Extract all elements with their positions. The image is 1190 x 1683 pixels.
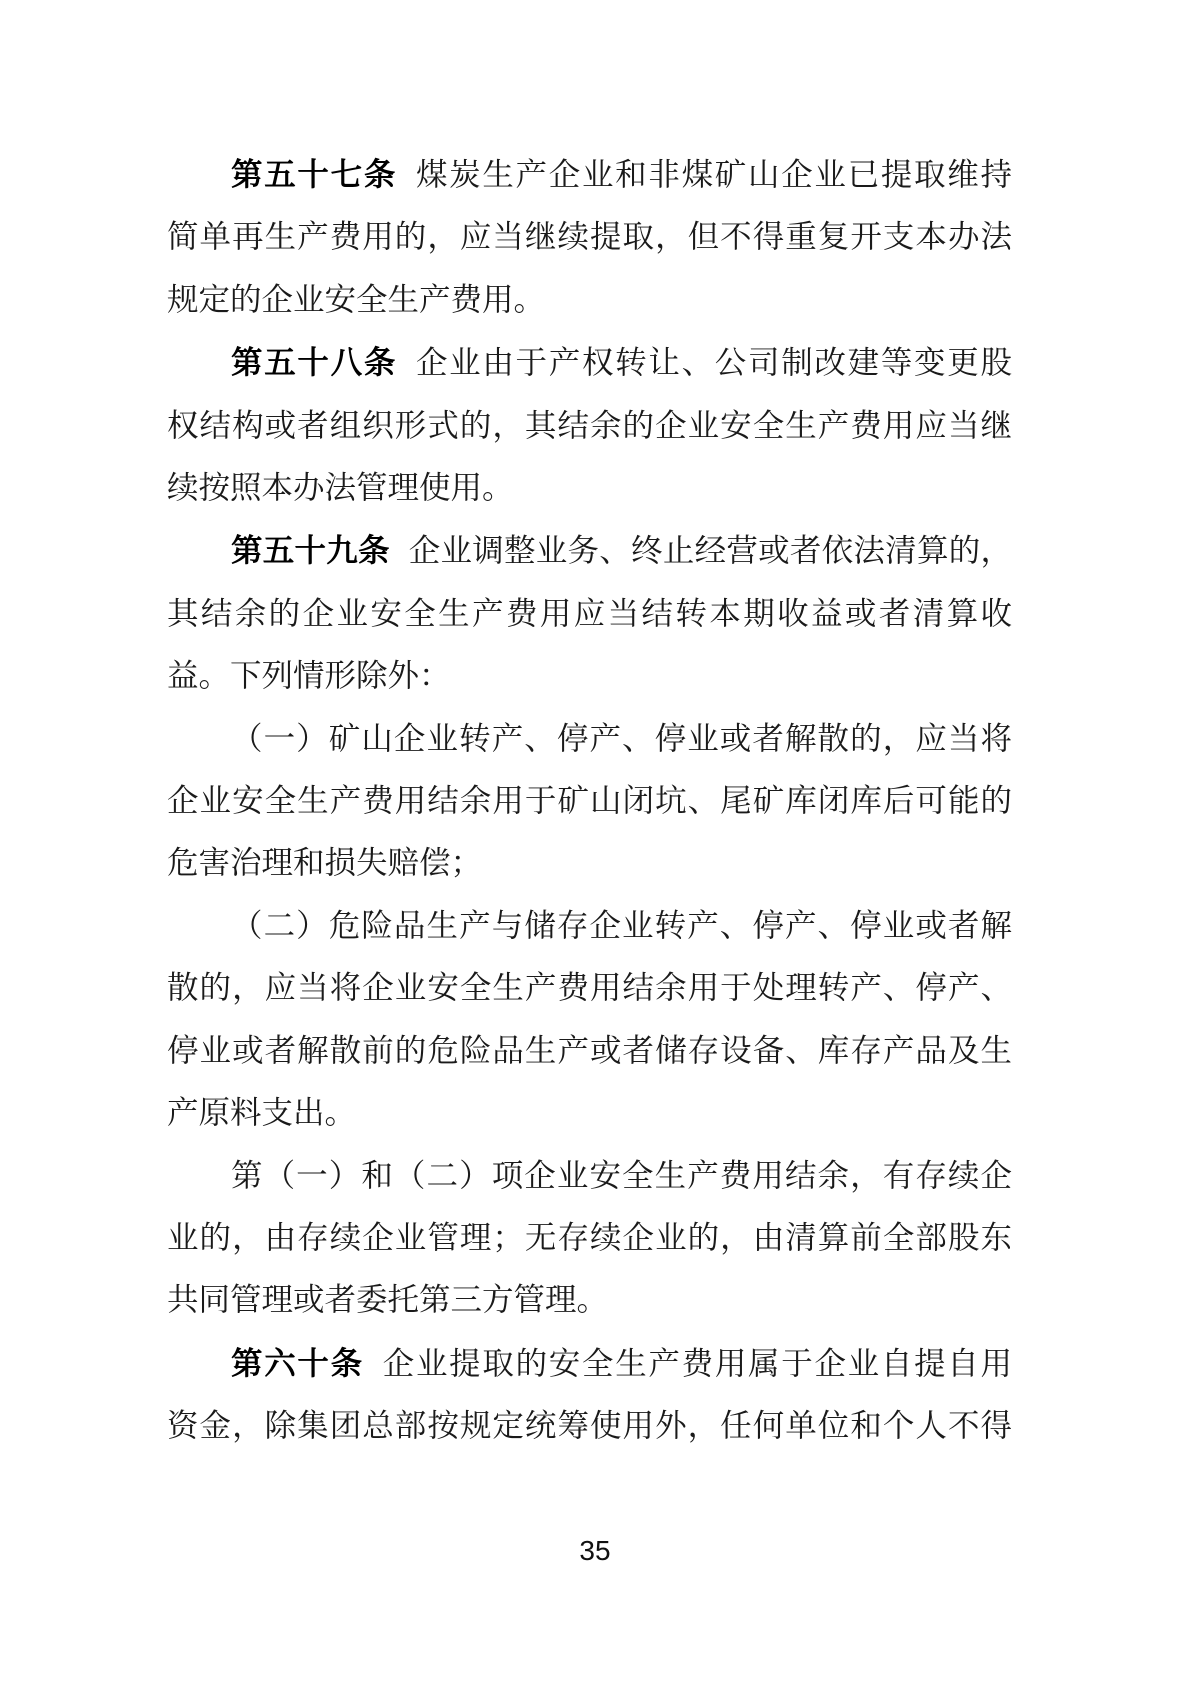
text-line: 简单再生产费用的，应当继续提取，但不得重复开支本办法 xyxy=(167,206,1012,268)
text-line: 第（一）和（二）项企业安全生产费用结余，有存续企 xyxy=(167,1145,1012,1207)
text-line: 产原料支出。 xyxy=(167,1082,1012,1144)
text-line: 企业安全生产费用结余用于矿山闭坑、尾矿库闭库后可能的 xyxy=(167,770,1012,832)
text-line: 第五十七条煤炭生产企业和非煤矿山企业已提取维持 xyxy=(167,143,1012,206)
paragraph-item-1: （一）矿山企业转产、停产、停业或者解散的，应当将 企业安全生产费用结余用于矿山闭… xyxy=(167,708,1012,895)
text-line: 散的，应当将企业安全生产费用结余用于处理转产、停产、 xyxy=(167,957,1012,1019)
text-line: 停业或者解散前的危险品生产或者储存设备、库存产品及生 xyxy=(167,1020,1012,1082)
text-line: 权结构或者组织形式的，其结余的企业安全生产费用应当继 xyxy=(167,395,1012,457)
line-text: 煤炭生产企业和非煤矿山企业已提取维持 xyxy=(416,157,1012,192)
paragraph-article-58: 第五十八条企业由于产权转让、公司制改建等变更股 权结构或者组织形式的，其结余的企… xyxy=(167,331,1012,519)
line-text: 企业提取的安全生产费用属于企业自提自用 xyxy=(383,1346,1012,1381)
paragraph-article-60: 第六十条企业提取的安全生产费用属于企业自提自用 资金，除集团总部按规定统筹使用外… xyxy=(167,1332,1012,1458)
text-line: 续按照本办法管理使用。 xyxy=(167,457,1012,519)
text-line: 规定的企业安全生产费用。 xyxy=(167,269,1012,331)
paragraph-items-summary: 第（一）和（二）项企业安全生产费用结余，有存续企 业的，由存续企业管理；无存续企… xyxy=(167,1145,1012,1332)
article-number: 第五十八条 xyxy=(231,344,397,380)
text-line: 危害治理和损失赔偿； xyxy=(167,832,1012,894)
text-line: 共同管理或者委托第三方管理。 xyxy=(167,1269,1012,1331)
text-line: 其结余的企业安全生产费用应当结转本期收益或者清算收 xyxy=(167,583,1012,645)
text-line: 第六十条企业提取的安全生产费用属于企业自提自用 xyxy=(167,1332,1012,1395)
paragraph-article-59: 第五十九条企业调整业务、终止经营或者依法清算的， 其结余的企业安全生产费用应当结… xyxy=(167,519,1012,707)
line-text: 企业由于产权转让、公司制改建等变更股 xyxy=(416,345,1012,380)
document-page: 第五十七条煤炭生产企业和非煤矿山企业已提取维持 简单再生产费用的，应当继续提取，… xyxy=(0,0,1190,1683)
text-line: 第五十九条企业调整业务、终止经营或者依法清算的， xyxy=(167,519,1012,582)
line-text: 企业调整业务、终止经营或者依法清算的， xyxy=(409,533,1012,568)
text-line: 资金，除集团总部按规定统筹使用外，任何单位和个人不得 xyxy=(167,1395,1012,1457)
text-line: 益。下列情形除外： xyxy=(167,645,1012,707)
page-number: 35 xyxy=(0,1533,1190,1569)
article-number: 第五十九条 xyxy=(231,532,390,568)
document-body: 第五十七条煤炭生产企业和非煤矿山企业已提取维持 简单再生产费用的，应当继续提取，… xyxy=(167,143,1012,1458)
paragraph-item-2: （二）危险品生产与储存企业转产、停产、停业或者解 散的，应当将企业安全生产费用结… xyxy=(167,895,1012,1145)
article-number: 第六十条 xyxy=(231,1345,364,1381)
article-number: 第五十七条 xyxy=(231,156,397,192)
text-line: 第五十八条企业由于产权转让、公司制改建等变更股 xyxy=(167,331,1012,394)
paragraph-article-57: 第五十七条煤炭生产企业和非煤矿山企业已提取维持 简单再生产费用的，应当继续提取，… xyxy=(167,143,1012,331)
text-line: （一）矿山企业转产、停产、停业或者解散的，应当将 xyxy=(167,708,1012,770)
text-line: 业的，由存续企业管理；无存续企业的，由清算前全部股东 xyxy=(167,1207,1012,1269)
text-line: （二）危险品生产与储存企业转产、停产、停业或者解 xyxy=(167,895,1012,957)
